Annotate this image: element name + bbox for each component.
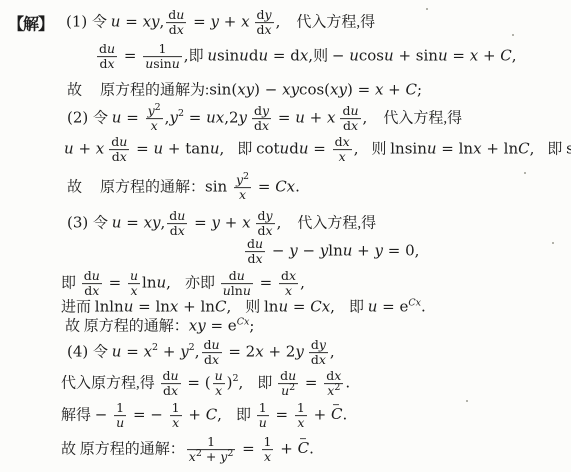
formula-line-12: (4) 令 u = x2 + y2,dudx = 2x + 2ydydx, <box>67 338 335 368</box>
math-roman: ln <box>142 273 156 291</box>
math-roman: 2 <box>334 382 340 393</box>
math-variable: x <box>334 368 341 383</box>
fraction: dxx2 <box>324 369 343 399</box>
math-variable: u <box>212 337 220 352</box>
math-variable: u <box>111 12 121 30</box>
superscript: 2 <box>227 449 233 459</box>
math-roman: ,2 <box>224 108 238 126</box>
math-variable: u <box>112 213 122 231</box>
math-roman: cos <box>359 46 384 64</box>
math-roman: d <box>204 353 212 368</box>
math-variable: y <box>289 241 297 259</box>
math-variable: x <box>327 108 335 126</box>
math-roman: = <box>120 12 142 30</box>
fraction: dudx <box>109 135 129 165</box>
superscript: 2 <box>243 172 249 182</box>
math-variable: x <box>108 57 115 72</box>
fraction: y2x <box>234 173 251 203</box>
math-roman: = <box>288 298 310 316</box>
math-roman: = <box>237 439 259 457</box>
math-roman: − <box>298 241 320 259</box>
math-variable: x <box>262 119 269 134</box>
math-variable: x <box>319 353 326 368</box>
math-roman: , <box>530 139 535 157</box>
math-variable: Cx <box>408 298 421 309</box>
formula-line-3: 故原方程的通解为:sin(xy) − xycos(xy) = x + C; <box>67 81 422 100</box>
fraction: 1x <box>170 401 182 431</box>
math-variable: x <box>212 353 219 368</box>
math-roman: = <box>131 139 153 157</box>
math-variable: x <box>239 188 246 203</box>
chinese-text: 令 <box>93 110 112 126</box>
math-variable: x <box>339 150 346 165</box>
math-variable: u <box>243 284 251 299</box>
fraction: dydx <box>256 209 275 239</box>
math-variable: u <box>350 103 358 118</box>
math-roman: + <box>158 342 180 360</box>
solution-label: 【解】 <box>8 12 53 35</box>
math-roman: 1 <box>116 400 124 415</box>
math-variable: Cx <box>310 298 330 316</box>
chinese-text: 代入方程,得 <box>297 215 376 231</box>
math-roman: , <box>330 342 335 360</box>
math-roman: = 2 <box>224 342 256 360</box>
math-roman: , <box>220 139 225 157</box>
math-variable: Cx <box>237 317 250 328</box>
math-roman: d <box>311 337 319 352</box>
scan-noise-dot <box>524 172 526 174</box>
spacer <box>82 190 100 191</box>
math-variable: x <box>189 450 196 465</box>
math-roman: = ( <box>183 373 211 391</box>
chinese-text: 亦即 <box>185 275 219 291</box>
math-roman: − <box>95 405 112 423</box>
math-variable: u <box>112 342 122 360</box>
math-variable: u <box>92 268 100 283</box>
math-roman: + ln <box>482 139 519 157</box>
math-roman: , <box>330 298 335 316</box>
math-variable: y <box>266 208 273 223</box>
math-roman: d <box>257 23 265 38</box>
math-variable: y <box>236 172 243 187</box>
math-roman: + <box>74 139 96 157</box>
math-variable: C <box>215 298 226 316</box>
math-variable: u <box>156 273 166 291</box>
chinese-text: 解得 <box>61 407 95 423</box>
superscript: Cx <box>237 318 250 328</box>
scan-noise-dot <box>512 34 514 36</box>
scan-noise-dot <box>552 242 554 244</box>
math-roman: − <box>267 241 289 259</box>
math-variable: x <box>96 139 104 157</box>
math-roman: , <box>166 273 171 291</box>
math-variable: x <box>178 224 185 239</box>
math-variable: x <box>215 384 222 399</box>
math-variable: u <box>368 298 378 316</box>
math-variable: y <box>295 342 303 360</box>
fraction: dudx <box>161 369 181 399</box>
formula-line-10: 进而 lnlnu = lnx + lnC,则 lnu = Cx,即 u = eC… <box>61 298 426 317</box>
math-roman: + <box>184 405 206 423</box>
formula-line-9: 即 dudx = uxlnu,亦即 duulnu = dxx, <box>61 269 305 299</box>
math-roman: + tan <box>163 139 210 157</box>
fraction: ux <box>128 269 140 299</box>
math-roman: ) − <box>254 81 282 99</box>
math-variable: u <box>295 108 305 126</box>
math-variable: y <box>319 337 326 352</box>
formula-line-4: (2) 令 u = y2x,y2 = ux,2ydydx = u + xdudx… <box>67 104 462 134</box>
math-roman: 2 <box>227 448 233 459</box>
math-variable: u <box>438 46 448 64</box>
chinese-text: 即 <box>547 141 566 157</box>
math-roman: d <box>100 57 108 72</box>
superscript: 2 <box>334 383 340 393</box>
fraction: dydx <box>309 338 328 368</box>
math-roman: d <box>163 384 171 399</box>
math-roman: = <box>273 108 295 126</box>
math-roman: , <box>226 298 231 316</box>
chinese-text: 即 <box>237 141 256 157</box>
math-variable: y <box>320 241 328 259</box>
fraction: dudx <box>202 338 222 368</box>
math-roman: d <box>254 119 262 134</box>
math-variable: x <box>241 12 249 30</box>
math-roman: d <box>343 119 351 134</box>
formula-line-6: 故原方程的通解：sin y2x = Cx. <box>67 173 300 203</box>
spacer <box>358 152 371 153</box>
math-roman: + <box>202 450 220 465</box>
math-roman: = <box>121 108 143 126</box>
math-roman: . <box>309 439 314 457</box>
math-variable: C <box>406 81 417 99</box>
chinese-text: 令 <box>92 14 111 30</box>
math-roman: . <box>345 373 350 391</box>
math-roman: d <box>163 368 171 383</box>
fraction: dydx <box>252 104 271 134</box>
math-roman: = <box>121 213 143 231</box>
math-roman: = e <box>206 317 237 335</box>
math-variable: u <box>64 139 74 157</box>
math-variable: C <box>331 405 342 423</box>
math-variable: u <box>112 108 122 126</box>
math-roman: d <box>229 268 237 283</box>
math-roman: = <box>309 139 331 157</box>
math-roman: d <box>311 353 319 368</box>
chinese-text: 令 <box>93 215 112 231</box>
math-roman: + ln <box>178 298 215 316</box>
math-variable: xy <box>282 81 299 99</box>
math-roman: sin <box>217 46 239 64</box>
math-variable: x <box>172 416 179 431</box>
math-variable: y <box>148 103 155 118</box>
math-roman: d <box>169 23 177 38</box>
math-variable: x <box>92 284 99 299</box>
math-variable: xy <box>330 81 347 99</box>
math-roman: + <box>309 405 331 423</box>
math-roman: = <box>189 213 211 231</box>
math-variable: x <box>242 213 250 231</box>
math-variable: x <box>256 252 263 267</box>
math-roman: . <box>421 298 426 316</box>
math-roman: = <box>448 46 470 64</box>
scan-noise-dot <box>426 8 428 10</box>
math-roman: ln <box>264 298 278 316</box>
chinese-text: 则 <box>313 48 332 64</box>
math-variable: u <box>210 139 220 157</box>
math-roman: d <box>249 46 259 64</box>
math-variable: x <box>255 342 263 360</box>
math-roman: (1) <box>66 12 92 30</box>
math-roman: = d <box>268 46 300 64</box>
math-variable: y <box>211 213 219 231</box>
fraction: 1usinu <box>143 42 182 72</box>
math-variable: C <box>298 439 309 457</box>
math-roman: d <box>289 139 299 157</box>
chinese-text: 即 <box>61 275 80 291</box>
fraction: dudx <box>340 104 360 134</box>
math-variable: u <box>172 57 180 72</box>
math-roman: d <box>247 236 255 251</box>
math-variable: x <box>151 119 158 134</box>
formula-line-13: 代入原方程,得 dudx = (ux)2,即 duu2 = dxx2. <box>61 369 350 399</box>
spacer <box>250 25 253 26</box>
math-variable: xy <box>144 213 161 231</box>
math-roman: = <box>255 273 277 291</box>
math-variable: u <box>239 46 249 64</box>
fraction: dudx <box>166 8 186 38</box>
math-roman: lnln <box>95 298 124 316</box>
math-roman: , <box>161 213 166 231</box>
fraction: dudx <box>97 42 117 72</box>
chinese-text: 代入原方程,得 <box>61 375 159 391</box>
math-roman: d <box>204 337 212 352</box>
formula-line-14: 解得 − 1u = − 1x + C,即 1u = 1x + C. <box>61 401 347 431</box>
math-variable: x <box>171 384 178 399</box>
chinese-text: 则 <box>245 300 264 316</box>
fraction: 1u <box>257 401 269 431</box>
math-roman: d <box>112 150 120 165</box>
math-roman: = <box>300 373 322 391</box>
math-variable: y <box>262 103 269 118</box>
math-roman: , <box>195 342 200 360</box>
fraction: 1x <box>295 401 307 431</box>
math-roman: ; <box>249 317 254 335</box>
math-roman: , <box>160 12 165 30</box>
math-variable: u <box>176 7 184 22</box>
math-variable: u <box>215 368 223 383</box>
fraction: duu2 <box>278 369 298 399</box>
math-roman: , <box>363 108 368 126</box>
math-variable: x <box>120 150 127 165</box>
math-roman: (4) <box>67 342 93 360</box>
spacer <box>171 286 185 287</box>
math-roman: + <box>305 108 327 126</box>
math-roman: = <box>271 405 293 423</box>
math-variable: u <box>288 368 296 383</box>
math-roman: ; <box>417 81 422 99</box>
math-variable: y <box>180 342 188 360</box>
math-variable: x <box>297 416 304 431</box>
math-variable: y <box>375 241 383 259</box>
fraction: 1x <box>262 435 274 465</box>
math-roman: 2 <box>289 382 295 393</box>
math-roman: = <box>119 46 141 64</box>
math-variable: xy <box>237 81 254 99</box>
fraction: dudx <box>82 269 102 299</box>
math-roman: 1 <box>259 400 267 415</box>
spacer <box>247 121 250 122</box>
math-variable: u <box>384 46 394 64</box>
math-roman: = e <box>377 298 408 316</box>
math-variable: u <box>255 236 263 251</box>
spacer <box>335 121 338 122</box>
math-roman: ) = <box>347 81 375 99</box>
formula-line-11: 故 原方程的通解：xy = eCx; <box>65 317 254 336</box>
math-roman: sin <box>205 177 232 195</box>
math-roman: , <box>277 213 282 231</box>
superscript: 2 <box>155 103 161 113</box>
math-roman: , <box>354 139 359 157</box>
math-roman: . <box>342 405 347 423</box>
math-roman: + <box>478 46 500 64</box>
math-variable: y <box>210 12 218 30</box>
chinese-text: 即 <box>257 375 276 391</box>
math-variable: u <box>237 268 245 283</box>
math-roman: 2 <box>155 102 161 113</box>
math-roman: 1 <box>264 434 272 449</box>
math-variable: C <box>206 405 217 423</box>
math-roman: 1 <box>159 41 167 56</box>
spacer <box>304 355 307 356</box>
spacer <box>224 152 237 153</box>
superscript: Cx <box>408 299 421 309</box>
formula-line-5: u + xdudx = u + tanu,即 cotudu = dxx,则 ln… <box>64 135 571 165</box>
math-variable: x <box>177 23 184 38</box>
math-roman: d <box>248 252 256 267</box>
math-variable: u <box>299 139 309 157</box>
math-variable: Cx <box>275 177 295 195</box>
formula-line-8: dudx − y − ylnu + y = 0, <box>243 237 419 267</box>
math-variable: u <box>107 41 115 56</box>
math-roman: = ln <box>133 298 170 316</box>
math-variable: u <box>153 139 163 157</box>
document-page: 【解】 (1) 令 u = xy,dudx = y + xdydx,代入方程,得… <box>0 0 571 472</box>
math-roman: d <box>99 41 107 56</box>
chinese-text: 代入方程,得 <box>296 14 375 30</box>
spacer <box>335 311 349 312</box>
math-roman: − <box>332 46 349 64</box>
chinese-text: 故 原方程的通解： <box>65 319 189 335</box>
math-variable: xy <box>189 317 206 335</box>
math-roman: 1 <box>172 400 180 415</box>
math-roman: d <box>257 7 265 22</box>
math-variable: u <box>259 416 267 431</box>
math-variable: u <box>427 139 437 157</box>
math-roman: , <box>300 273 305 291</box>
spacer <box>82 94 100 95</box>
math-variable: u <box>223 284 231 299</box>
math-roman: , <box>276 12 281 30</box>
math-variable: x <box>351 119 358 134</box>
overbar-constant: C <box>331 405 342 424</box>
math-roman: . <box>295 177 300 195</box>
math-roman: , <box>217 405 222 423</box>
scan-noise-dot <box>466 400 468 402</box>
math-variable: u <box>281 384 289 399</box>
math-roman: = 0, <box>383 241 419 259</box>
math-variable: x <box>470 46 478 64</box>
math-variable: y <box>239 108 247 126</box>
chinese-text: 进而 <box>61 300 95 316</box>
chinese-text: 代入方程,得 <box>383 110 462 126</box>
math-variable: u <box>258 46 268 64</box>
math-variable: x <box>265 23 272 38</box>
math-roman: 1 <box>207 434 215 449</box>
chinese-text: 故 <box>67 83 82 99</box>
math-variable: x <box>285 284 292 299</box>
overbar-constant: C <box>298 439 309 458</box>
chinese-text: 即 <box>236 407 255 423</box>
math-roman: d <box>84 268 92 283</box>
math-roman: d <box>280 368 288 383</box>
math-roman: + <box>219 12 241 30</box>
math-variable: u <box>343 241 353 259</box>
math-roman: d <box>170 224 178 239</box>
math-variable: u <box>280 139 290 157</box>
math-roman: = <box>104 273 126 291</box>
spacer <box>367 121 383 122</box>
spacer <box>251 226 254 227</box>
math-roman: , <box>239 373 244 391</box>
math-roman: sin <box>153 57 171 72</box>
math-roman: cot <box>256 139 279 157</box>
math-variable: x <box>473 139 481 157</box>
math-variable: y <box>265 7 272 22</box>
math-variable: u <box>116 416 124 431</box>
fraction: dudx <box>245 237 265 267</box>
chinese-text: 原方程的通解： <box>100 179 205 195</box>
math-roman: , <box>512 46 517 64</box>
math-variable: x <box>130 284 137 299</box>
spacer <box>534 152 547 153</box>
math-variable: u <box>278 298 288 316</box>
formula-line-15: 故 原方程的通解：1x2 + y2 = 1x + C. <box>61 435 314 465</box>
math-roman: + <box>275 439 297 457</box>
math-roman: sin( <box>209 81 237 99</box>
math-roman: (3) <box>67 213 93 231</box>
math-variable: ux <box>206 108 224 126</box>
math-roman: ln <box>231 284 243 299</box>
math-roman: = <box>184 108 206 126</box>
math-roman: = <box>253 177 275 195</box>
math-roman: d <box>258 208 266 223</box>
chinese-text: 令 <box>93 344 112 360</box>
formula-line-2: dudx = 1usinu,即 usinudu = dx,则 − ucosu +… <box>95 42 517 72</box>
math-roman: + sin <box>394 46 438 64</box>
math-roman: 2 <box>243 171 249 182</box>
math-variable: u <box>349 46 359 64</box>
math-variable: x <box>289 268 296 283</box>
math-variable: u <box>119 134 127 149</box>
chinese-text: 则 <box>371 141 390 157</box>
math-variable: u <box>207 46 217 64</box>
math-roman: = <box>121 342 143 360</box>
spacer <box>281 226 297 227</box>
fraction: ux <box>213 369 225 399</box>
math-roman: d <box>335 134 343 149</box>
math-roman: d <box>281 268 289 283</box>
spacer <box>104 152 107 153</box>
